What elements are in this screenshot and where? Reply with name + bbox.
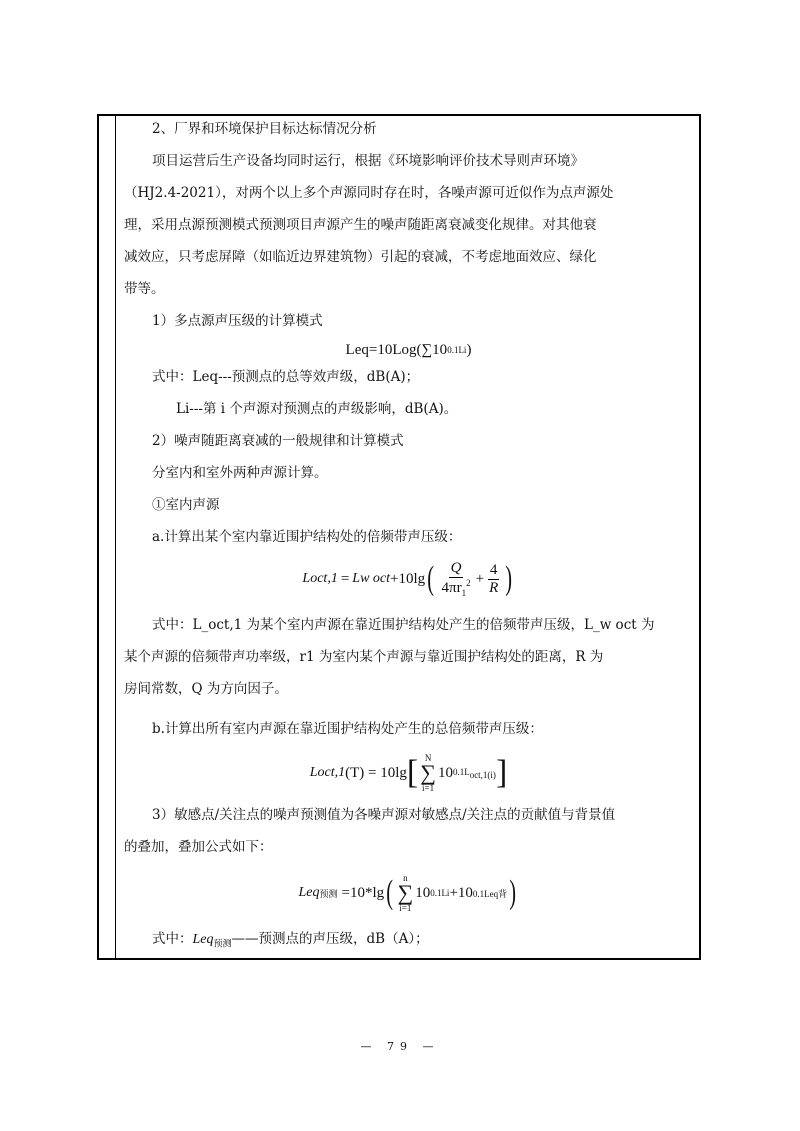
sum-bottom: i=1 [422, 783, 434, 793]
explain-line-2: 某个声源的倍频带声功率级，r1 为室内某个声源与靠近围护结构处的距离，R 为 [124, 648, 693, 666]
den-base: 4πr [442, 580, 462, 596]
part2-title: 2）噪声随距离衰减的一般规律和计算模式 [124, 432, 693, 450]
step-a: a.计算出某个室内靠近围护结构处的倍频带声压级： [124, 528, 693, 546]
fb-exp-sub: oct,1(i) [470, 769, 496, 779]
part2-split: 分室内和室外两种声源计算。 [124, 464, 693, 482]
where-sub: 预测 [214, 940, 232, 950]
where-prefix: 式中： [152, 931, 193, 947]
fb-lhs-sub: oct,1 [318, 765, 346, 781]
fa-rhs1: L [352, 571, 360, 587]
part3-where: 式中：Leq预测——预测点的声压级，dB（A）； [124, 930, 693, 954]
den-sub: 1 [462, 588, 467, 598]
fa-eq: = [341, 571, 349, 588]
fb-base: 10 [438, 765, 453, 782]
content-table: 2、厂界和环境保护目标达标情况分析 项目运营后生产设备均同时运行，根据《环境影响… [97, 114, 701, 960]
fc-term1-exp: 0.1Li [430, 888, 449, 898]
intro-line-4: 减效应，只考虑屏障（如临近边界建筑物）引起的衰减，不考虑地面效应、绿化 [124, 248, 693, 266]
sum-symbol-c: n ∑ i=1 [398, 873, 414, 913]
section-heading: 2、厂界和环境保护目标达标情况分析 [124, 120, 693, 138]
fa-lhs: L [302, 571, 310, 587]
den-sup: 2 [466, 578, 471, 588]
part1-title: 1）多点源声压级的计算模式 [124, 312, 693, 330]
part1-where-2: Li---第 i 个声源对预测点的声级影响，dB(A)。 [124, 400, 693, 418]
formula-a: Loct,1 = Lw oct +10lg ( Q 4πr12 + 4 R ) [124, 552, 693, 606]
fraction-4r: 4 R [487, 562, 500, 597]
where-text: ——预测点的声压级，dB（A）； [232, 931, 429, 947]
intro-line-5: 带等。 [124, 280, 693, 298]
fc-eq: =10*lg [342, 885, 385, 902]
right-paren: ) [506, 562, 513, 596]
formula-b: Loct,1 (T) = 10lg [ N ∑ i=1 100.1Loct,1(… [124, 748, 693, 798]
intro-line-1: 项目运营后生产设备均同时运行，根据《环境影响评价技术导则声环境》 [124, 152, 693, 170]
fb-exp: 0.1L [453, 767, 470, 777]
intro-line-3: 理，采用点源预测模式预测项目声源产生的噪声随距离衰减变化规律。对其他衰 [124, 216, 693, 234]
sum-bottom-c: i=1 [399, 903, 411, 913]
fa-lhs-sub: oct,1 [310, 571, 338, 587]
fc-term2-exp: 0.1Leq背 [473, 887, 507, 900]
part3-title-2: 的叠加，叠加公式如下： [124, 838, 693, 856]
formula-c: Leq预测 =10*lg ( n ∑ i=1 100.1Li +100.1Leq… [124, 866, 693, 920]
fraction-q: Q 4πr12 [440, 560, 473, 598]
right-bracket: ] [496, 756, 507, 790]
left-bracket: [ [407, 756, 418, 790]
left-paren: ( [427, 562, 434, 596]
sum-symbol: N ∑ i=1 [420, 753, 436, 793]
explain-line-1: 式中：L_oct,1 为某个室内声源在靠近围护结构处产生的倍频带声压级，L_w … [124, 616, 693, 634]
page-number: — 79 — [0, 1040, 800, 1053]
frac-num-q: Q [449, 560, 464, 578]
part3-title-1: 3）敏感点/关注点的噪声预测值为各噪声源对敏感点/关注点的贡献值与背景值 [124, 806, 693, 824]
table-left-column [99, 116, 116, 958]
part1-where-1: 式中：Leq---预测点的总等效声级，dB(A)； [124, 368, 693, 386]
left-paren-c: ( [386, 876, 393, 910]
frac-num-4: 4 [488, 562, 500, 580]
frac-den-4pir: 4πr12 [440, 578, 473, 598]
right-paren-c: ) [509, 876, 516, 910]
indoor-label: ①室内声源 [124, 496, 693, 514]
fc-lhs-sub: 预测 [320, 887, 338, 900]
multi-source-formula: Leq=10Log(∑100.1Li) [124, 338, 693, 362]
intro-line-2: （HJ2.4-2021），对两个以上多个声源同时存在时，各噪声源可近似作为点声源… [124, 184, 693, 202]
fb-arg: (T) = 10lg [345, 765, 407, 782]
fa-plus: +10lg [390, 571, 425, 588]
fa-rhs1-sub: w oct [360, 571, 390, 587]
step-b: b.计算出所有室内声源在靠近围护结构处产生的总倍频带声压级： [124, 720, 693, 738]
where-var: Leq [193, 932, 214, 947]
fb-lhs: L [310, 765, 318, 781]
formula-exponent: 0.1Li [447, 345, 466, 355]
fc-term1: 10 [415, 885, 430, 902]
fc-lhs: Leq [299, 885, 320, 901]
formula-close: ) [466, 342, 471, 359]
fc-plus: +10 [449, 885, 472, 902]
explain-line-3: 房间常数，Q 为方向因子。 [124, 680, 693, 698]
frac-den-r: R [487, 580, 500, 597]
formula-main: Leq=10Log(∑10 [346, 342, 448, 359]
